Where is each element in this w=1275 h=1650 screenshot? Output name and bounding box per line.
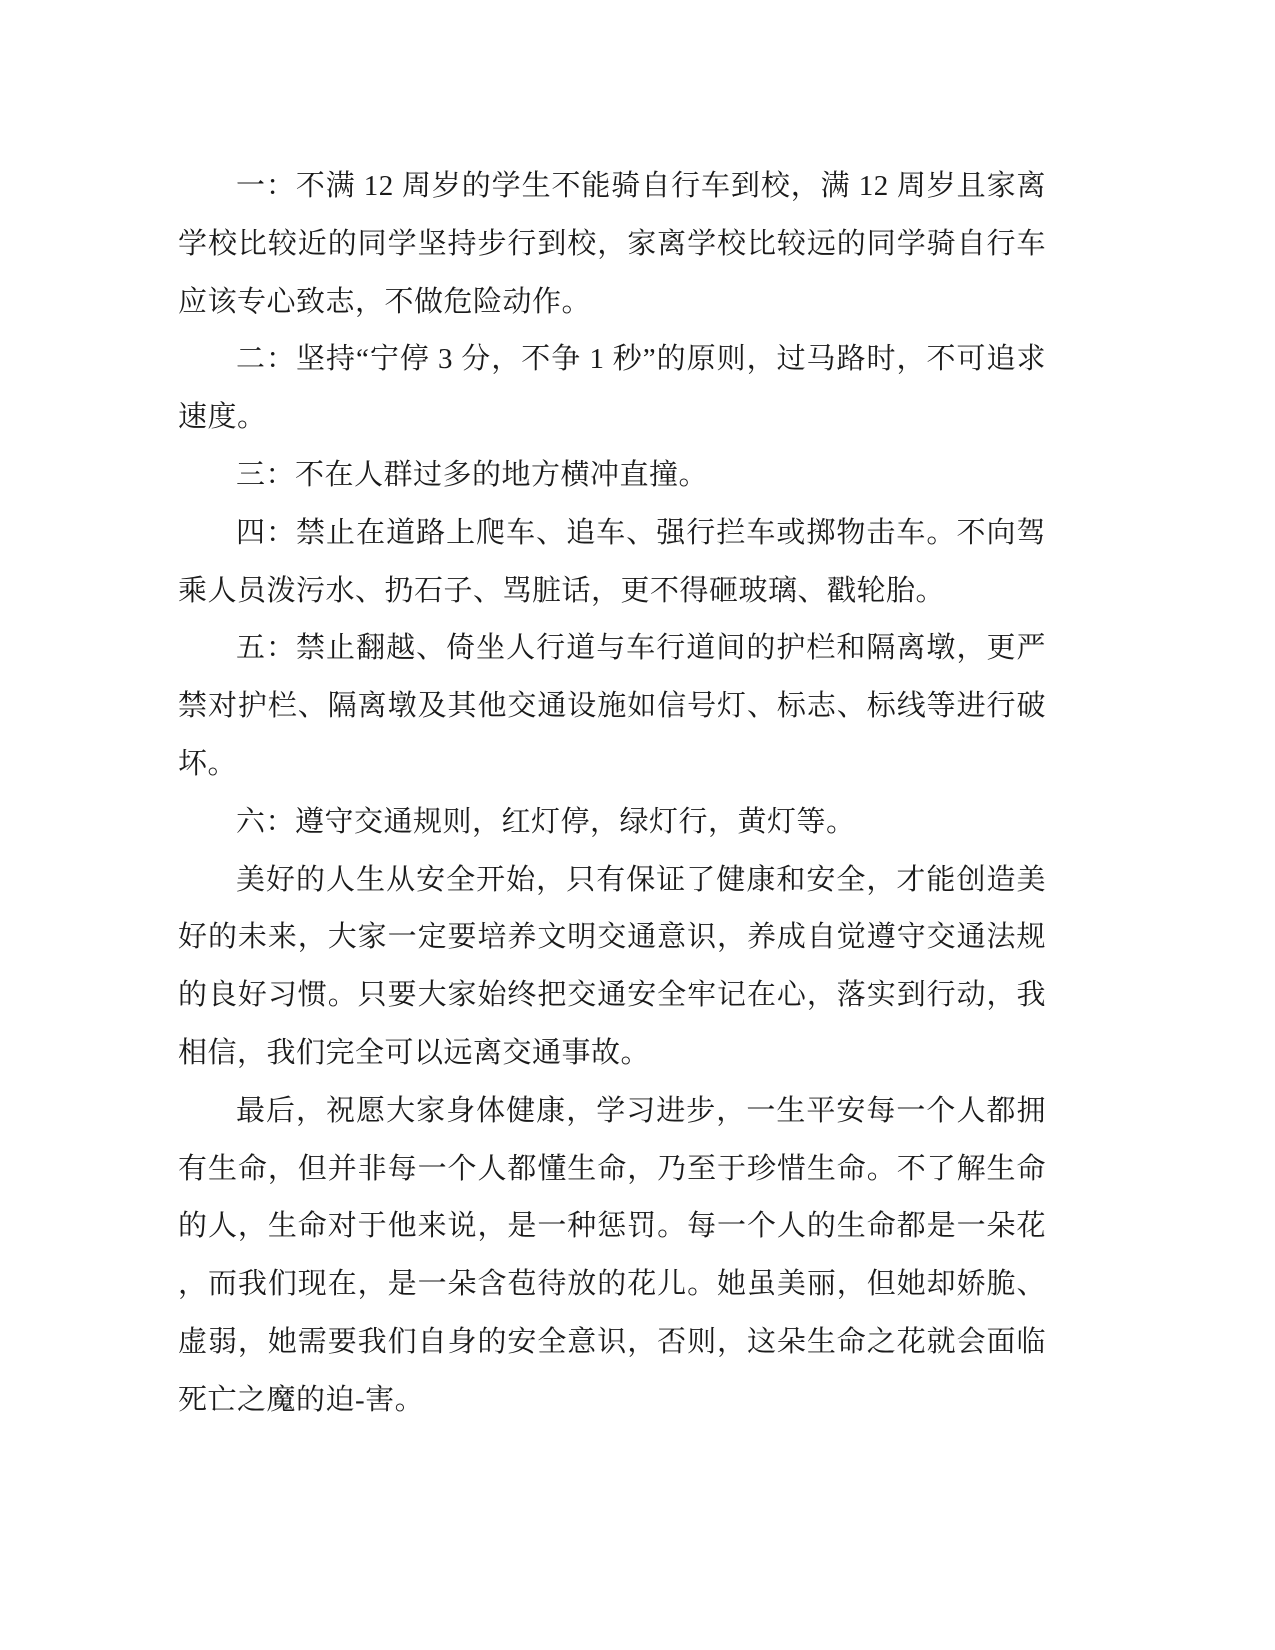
paragraph-rule-1: 一：不满 12 周岁的学生不能骑自行车到校，满 12 周岁且家离学校比较近的同学… <box>178 158 1046 331</box>
paragraph-closing: 最后，祝愿大家身体健康，学习进步，一生平安每一个人都拥有生命，但并非每一个人都懂… <box>178 1083 1046 1430</box>
paragraph-rule-4: 四：禁止在道路上爬车、追车、强行拦车或掷物击车。不向驾乘人员泼污水、扔石子、骂脏… <box>178 505 1046 621</box>
document-text-body: 一：不满 12 周岁的学生不能骑自行车到校，满 12 周岁且家离学校比较近的同学… <box>178 158 1046 1430</box>
paragraph-summary: 美好的人生从安全开始，只有保证了健康和安全，才能创造美好的未来，大家一定要培养文… <box>178 852 1046 1083</box>
paragraph-rule-3: 三：不在人群过多的地方横冲直撞。 <box>178 447 1046 505</box>
paragraph-rule-6: 六：遵守交通规则，红灯停，绿灯行，黄灯等。 <box>178 794 1046 852</box>
paragraph-rule-2: 二：坚持“宁停 3 分，不争 1 秒”的原则，过马路时，不可追求速度。 <box>178 331 1046 447</box>
document-page: 一：不满 12 周岁的学生不能骑自行车到校，满 12 周岁且家离学校比较近的同学… <box>0 0 1275 1650</box>
paragraph-rule-5: 五：禁止翻越、倚坐人行道与车行道间的护栏和隔离墩，更严禁对护栏、隔离墩及其他交通… <box>178 620 1046 793</box>
